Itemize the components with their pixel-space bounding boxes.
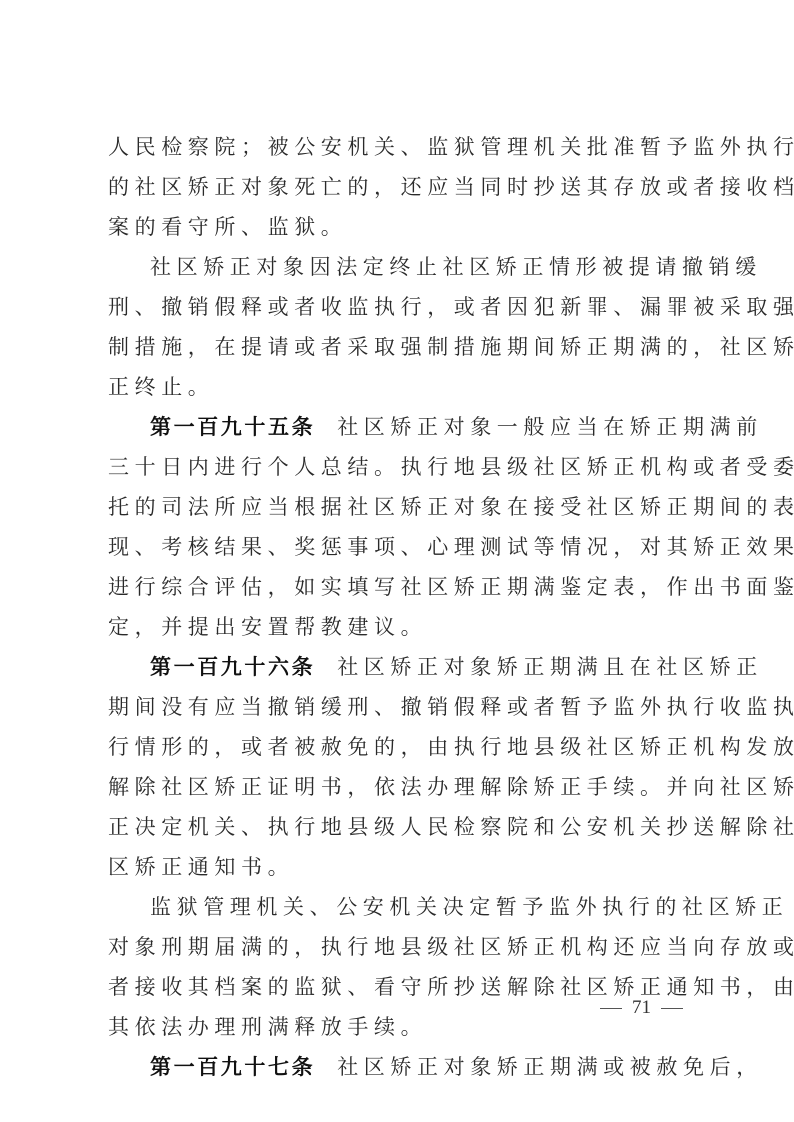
text-line: 案的看守所、监狱。 (108, 207, 696, 247)
article-first-line: 第一百九十五条社区矫正对象一般应当在矫正期满前 (108, 407, 696, 447)
text-line: 人民检察院；被公安机关、监狱管理机关批准暂予监外执行 (108, 127, 696, 167)
text-line: 监狱管理机关、公安机关决定暂予监外执行的社区矫正 (108, 887, 696, 927)
text-segment: 社区矫正对象矫正期满或被赦免后， (337, 1055, 763, 1079)
text-line: 正决定机关、执行地县级人民检察院和公安机关抄送解除社 (108, 807, 696, 847)
text-line: 刑、撤销假释或者收监执行，或者因犯新罪、漏罪被采取强 (108, 287, 696, 327)
text-line: 现、考核结果、奖惩事项、心理测试等情况，对其矫正效果 (108, 527, 696, 567)
text-line: 制措施，在提请或者采取强制措施期间矫正期满的，社区矫 (108, 327, 696, 367)
document-page: 人民检察院；被公安机关、监狱管理机关批准暂予监外执行 的社区矫正对象死亡的，还应… (0, 0, 794, 1122)
dash-left (600, 1008, 622, 1009)
page-number: 71 (632, 997, 651, 1018)
text-segment: 社区矫正对象矫正期满且在社区矫正 (337, 655, 763, 679)
text-line: 定，并提出安置帮教建议。 (108, 607, 696, 647)
text-line: 进行综合评估，如实填写社区矫正期满鉴定表，作出书面鉴 (108, 567, 696, 607)
text-line: 区矫正通知书。 (108, 847, 696, 887)
text-line: 正终止。 (108, 367, 696, 407)
article-first-line: 第一百九十七条社区矫正对象矫正期满或被赦免后， (108, 1047, 696, 1087)
document-body: 人民检察院；被公安机关、监狱管理机关批准暂予监外执行 的社区矫正对象死亡的，还应… (108, 127, 696, 1087)
dash-right (661, 1008, 683, 1009)
text-line: 的社区矫正对象死亡的，还应当同时抄送其存放或者接收档 (108, 167, 696, 207)
text-line: 三十日内进行个人总结。执行地县级社区矫正机构或者受委 (108, 447, 696, 487)
article-heading: 第一百九十七条 (150, 1055, 315, 1079)
text-line: 对象刑期届满的，执行地县级社区矫正机构还应当向存放或 (108, 927, 696, 967)
article-heading: 第一百九十五条 (150, 415, 315, 439)
text-line: 行情形的，或者被赦免的，由执行地县级社区矫正机构发放 (108, 727, 696, 767)
article-heading: 第一百九十六条 (150, 655, 315, 679)
text-segment: 社区矫正对象一般应当在矫正期满前 (337, 415, 763, 439)
article-first-line: 第一百九十六条社区矫正对象矫正期满且在社区矫正 (108, 647, 696, 687)
text-line: 托的司法所应当根据社区矫正对象在接受社区矫正期间的表 (108, 487, 696, 527)
text-line: 解除社区矫正证明书，依法办理解除矫正手续。并向社区矫 (108, 767, 696, 807)
text-line: 社区矫正对象因法定终止社区矫正情形被提请撤销缓 (108, 247, 696, 287)
page-footer: 71 (590, 997, 693, 1019)
text-line: 期间没有应当撤销缓刑、撤销假释或者暂予监外执行收监执 (108, 687, 696, 727)
